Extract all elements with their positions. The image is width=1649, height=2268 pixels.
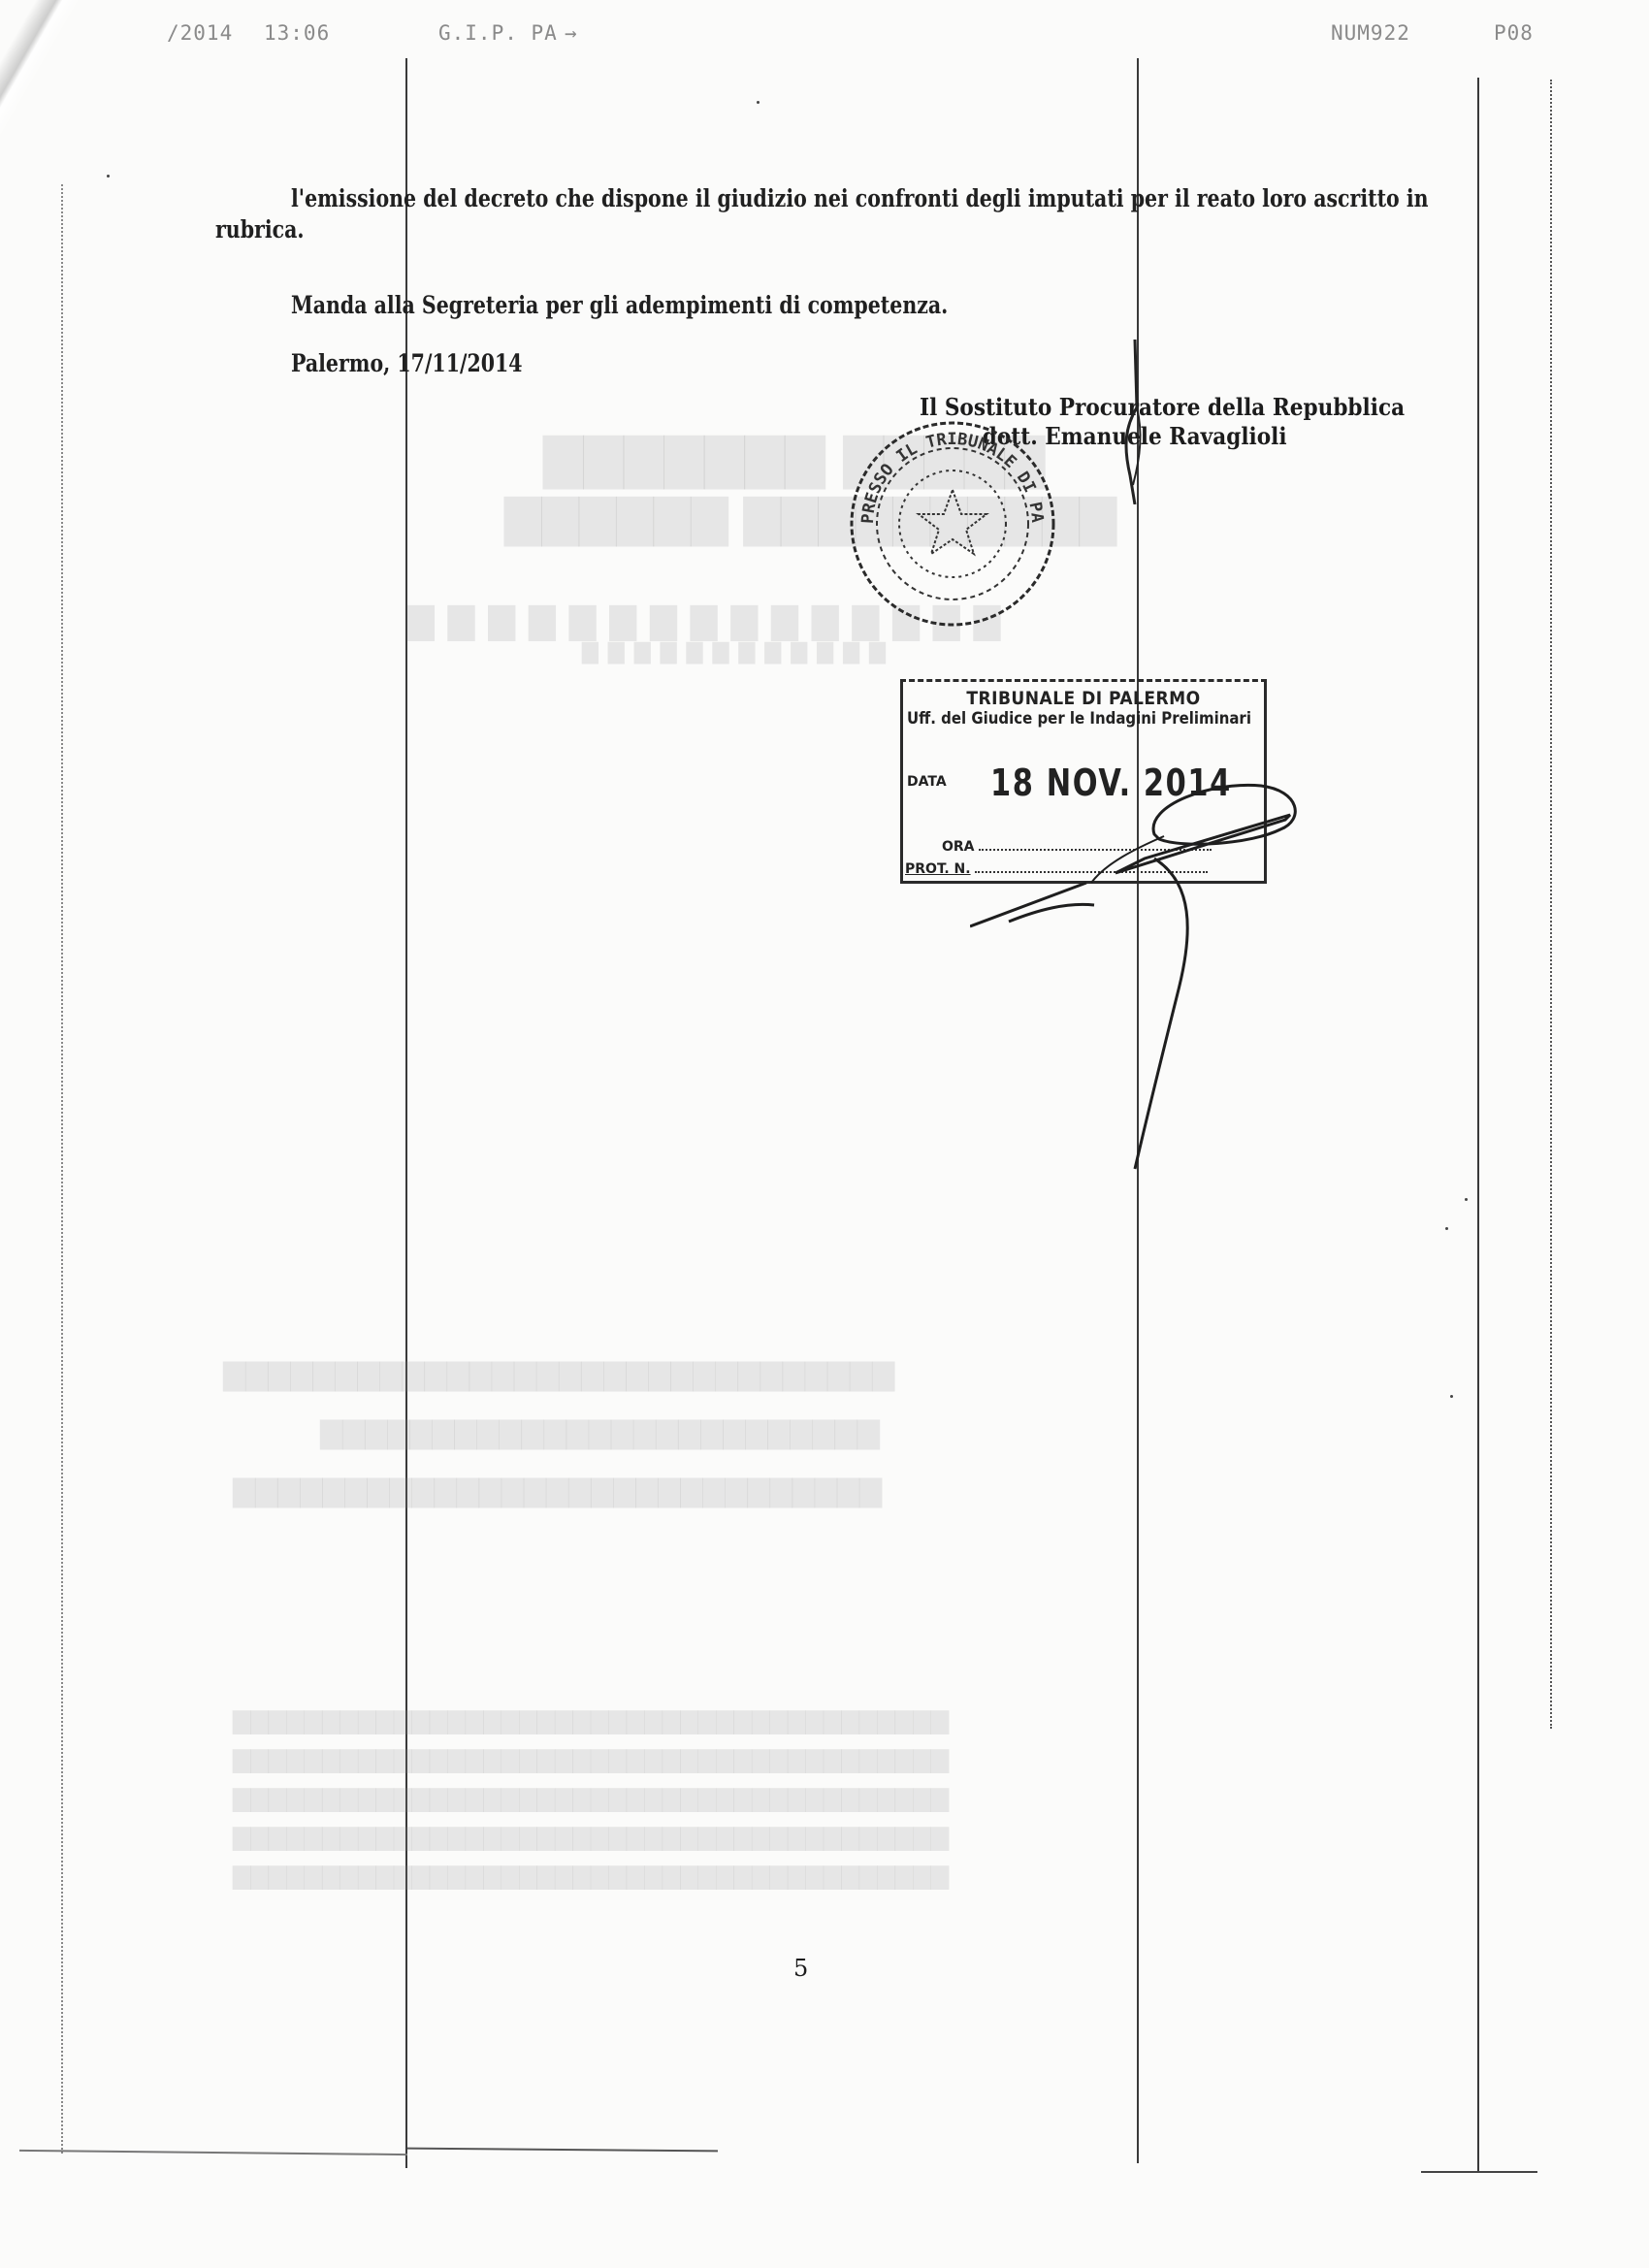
paragraph-line: rubrica.: [215, 215, 305, 244]
fax-header-page-code: P08: [1494, 21, 1534, 45]
stamp-office-name: Uff. del Giudice per le Indagini Prelimi…: [907, 709, 1251, 729]
stamp-protocol-label: PROT. N.: [905, 861, 971, 877]
fax-header-sender: G.I.P. PA: [438, 21, 558, 45]
show-through-text: ▇▇▇▇▇▇▇▇▇▇▇▇▇▇▇▇▇▇▇▇▇▇▇▇▇▇▇▇▇▇▇▇▇▇▇▇▇▇▇▇: [233, 1824, 949, 1851]
stamp-date-label: DATA: [907, 774, 947, 790]
show-through-text: ▇▇▇▇▇▇▇▇▇▇▇▇▇▇▇▇▇▇▇▇▇▇▇▇▇▇▇▇▇▇▇▇▇▇▇▇▇▇▇▇: [233, 1785, 949, 1812]
fax-streak-line: [1477, 78, 1479, 2173]
scan-speck: [1445, 1227, 1448, 1230]
fax-document-page: /2014 13:06 G.I.P. PA → NUM922 P08 ▇▇▇▇▇…: [0, 0, 1649, 2268]
svg-text:PRESSO IL TRIBUNALE DI PALERMO: PRESSO IL TRIBUNALE DI PALERMO: [844, 412, 1047, 524]
handwritten-signature-icon: [970, 766, 1309, 1213]
scan-speck: [1465, 1198, 1468, 1201]
fax-header-arrow-icon: →: [565, 21, 578, 45]
fax-dotted-streak: [1550, 80, 1552, 1729]
scan-bottom-rule: [19, 2150, 407, 2155]
show-through-text: ▇▇▇▇▇▇▇▇▇▇▇▇: [582, 640, 895, 664]
signature-stroke-icon: [1115, 340, 1145, 504]
scan-speck: [1450, 1395, 1453, 1398]
show-through-text: ▇▇▇▇▇▇▇▇▇▇▇▇▇▇▇▇▇▇▇▇▇▇▇▇▇: [320, 1416, 880, 1450]
show-through-text: ▇▇▇▇▇▇▇▇▇▇▇▇▇▇▇▇▇▇▇▇▇▇▇▇▇▇▇▇▇▇▇▇▇▇▇▇▇▇▇▇: [233, 1707, 949, 1734]
show-through-text: ▇▇▇▇▇▇▇▇▇▇▇▇▇▇▇▇▇▇▇▇▇▇▇▇▇▇▇▇▇▇: [223, 1358, 894, 1392]
scan-bottom-rule: [407, 2148, 718, 2153]
stamp-court-name: TRIBUNALE DI PALERMO: [921, 688, 1246, 709]
fax-header-time: 13:06: [264, 21, 330, 45]
place-date: Palermo, 17/11/2014: [291, 349, 523, 378]
show-through-text: ▇▇▇▇▇▇▇▇▇▇▇▇▇▇▇▇▇▇▇▇▇▇▇▇▇▇▇▇▇▇▇▇▇▇▇▇▇▇▇▇: [233, 1746, 949, 1773]
page-number: 5: [793, 1955, 808, 1982]
official-seal-icon: PRESSO IL TRIBUNALE DI PALERMO: [844, 412, 1062, 631]
scan-speck: [107, 175, 110, 178]
show-through-text: ▇▇▇▇▇▇▇▇▇▇▇▇▇▇▇▇▇▇▇▇▇▇▇▇▇▇▇▇▇▇▇▇▇▇▇▇▇▇▇▇: [233, 1863, 949, 1890]
scan-speck: [757, 101, 760, 104]
paragraph-instruction: Manda alla Segreteria per gli adempiment…: [291, 291, 948, 320]
fax-dotted-streak-left: [61, 184, 63, 2154]
fax-header-id: NUM922: [1331, 21, 1410, 45]
paper-fold-shadow: [0, 0, 92, 334]
show-through-text: ▇▇▇▇▇▇▇▇▇▇▇▇▇▇▇▇▇▇▇▇▇▇▇▇▇▇▇▇▇: [233, 1474, 882, 1508]
fax-header-date: /2014: [167, 21, 233, 45]
paragraph-line: l'emissione del decreto che dispone il g…: [291, 184, 1429, 213]
scan-bottom-rule: [1421, 2171, 1537, 2173]
